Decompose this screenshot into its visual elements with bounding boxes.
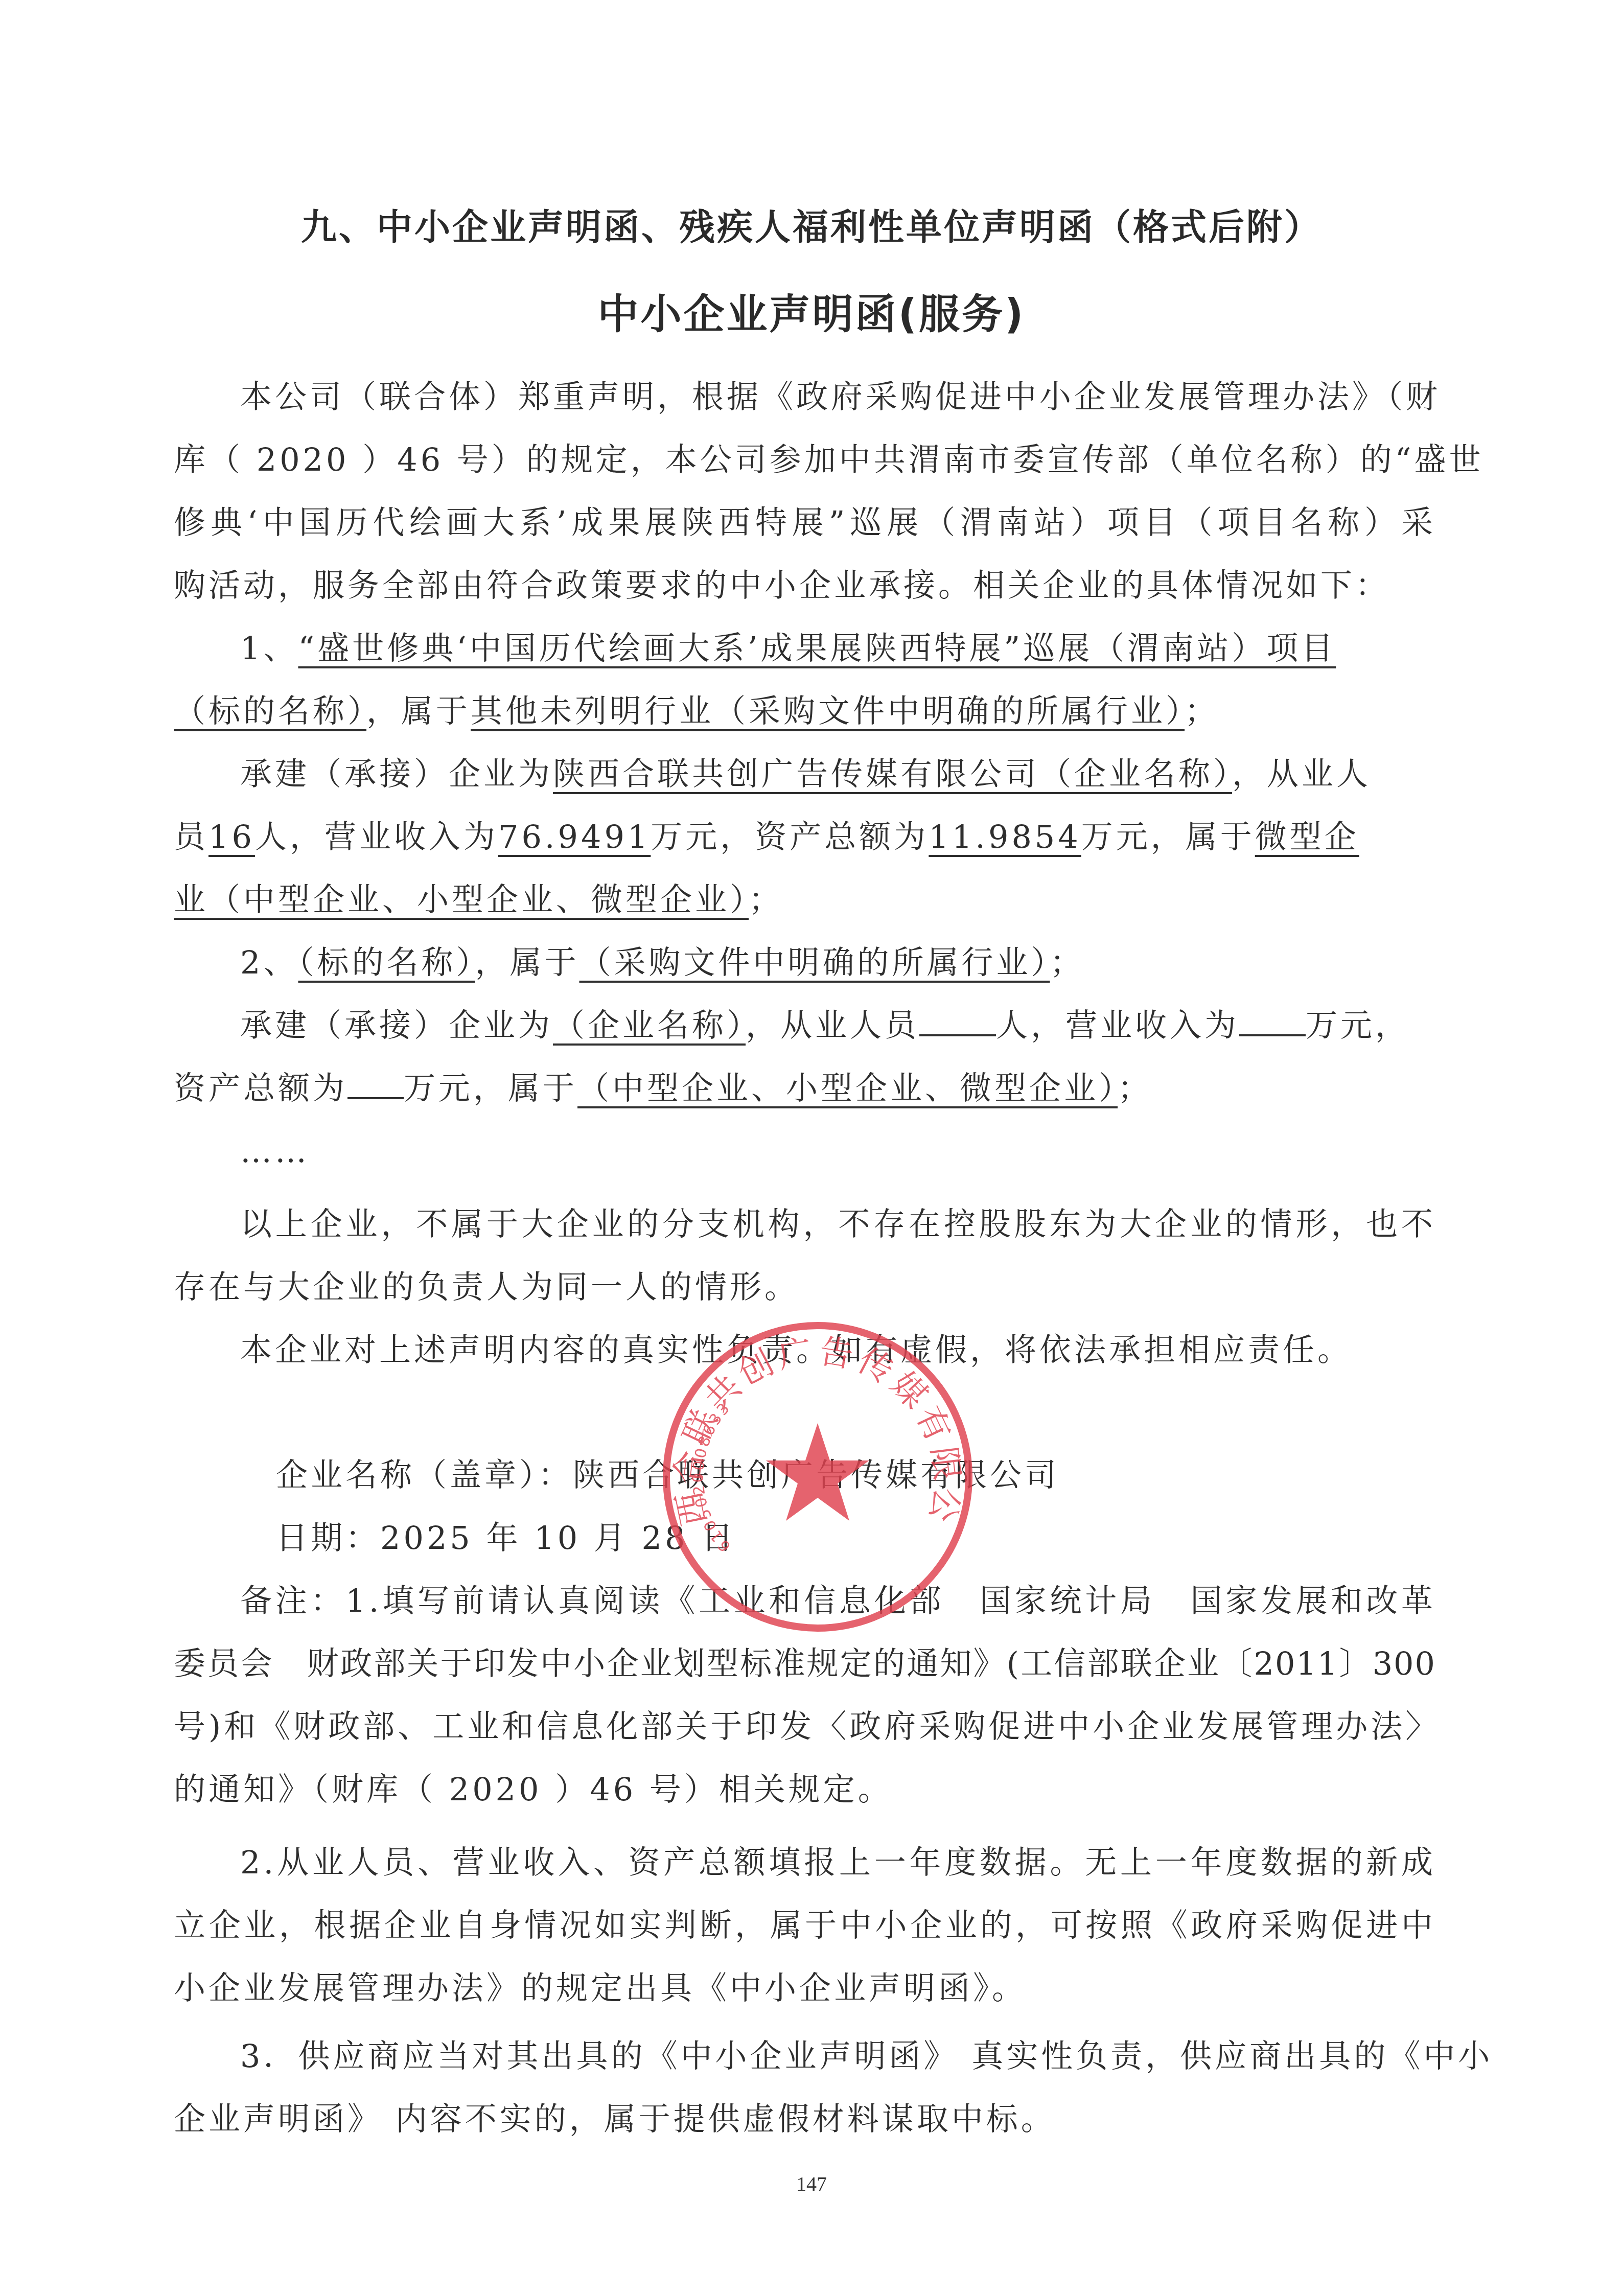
- section-title: 九、中小企业声明函、残疾人福利性单位声明函（格式后附）: [0, 199, 1623, 256]
- item2-employees-label: ，从业人员: [746, 1007, 919, 1044]
- intro-line-1: 本公司（联合体）郑重声明，根据《政府采购促进中小企业发展管理办法》（财: [240, 369, 1436, 425]
- item1-assets-value: 11.9854: [929, 818, 1081, 855]
- note2-line-1: 2.从业人员、营业收入、资产总额填报上一年度数据。无上一年度数据的新成: [240, 1835, 1436, 1891]
- item1-line-2: （标的名称），属于其他未列明行业（采购文件中明确的所属行业）；: [174, 683, 1436, 739]
- intro-line-3: 修典‘中国历代绘画大系’成果展陕西特展”巡展（渭南站）项目（项目名称）采: [174, 495, 1436, 551]
- item1-number: 1、: [240, 630, 298, 667]
- item2-assets-label: 资产总额为: [174, 1070, 347, 1107]
- item2-revenue-unit: 万元，: [1306, 1007, 1410, 1044]
- item2-end2: ；: [1118, 1070, 1152, 1107]
- item1-end2: ；: [749, 881, 783, 918]
- item2-industry: （采购文件中明确的所属行业）: [579, 944, 1050, 981]
- item1-size-a: 微型企: [1255, 818, 1359, 855]
- item2-end: ；: [1050, 944, 1085, 981]
- signature-company-value: 陕西合联共创广告传媒有限公司: [573, 1456, 1059, 1494]
- signature-date: 日期：2025 年 10 月 28 日: [276, 1510, 1538, 1566]
- item2-company: （企业名称）: [553, 1007, 746, 1044]
- item2-assets-blank[interactable]: [347, 1061, 404, 1099]
- item2-assets-unit: 万元，属于: [404, 1070, 577, 1107]
- item1-belongs-label: ，属于: [366, 692, 471, 730]
- note1-line-4: 的通知》（财库（ 2020 ）46 号）相关规定。: [174, 1761, 1436, 1818]
- note1-line-3: 号)和《财政部、工业和信息化部关于印发〈政府采购促进中小企业发展管理办法〉: [174, 1699, 1436, 1755]
- item1-revenue-label: 人，营业收入为: [255, 818, 498, 855]
- statement-line-3: 本企业对上述声明内容的真实性负责。如有虚假，将依法承担相应责任。: [240, 1322, 1436, 1378]
- note3-line-1: 3．供应商应当对其出具的《中小企业声明函》 真实性负责，供应商出具的《中小: [240, 2028, 1436, 2084]
- intro-line-2: 库（ 2020 ）46 号）的规定，本公司参加中共渭南市委宣传部（单位名称）的“…: [174, 432, 1436, 488]
- page-number: 147: [0, 2172, 1623, 2196]
- item2-line-2: 承建（承接）企业为（企业名称），从业人员人，营业收入为万元，: [240, 998, 1436, 1054]
- item2-belongs-label: ，属于: [475, 944, 579, 981]
- item1-line-3: 承建（承接）企业为陕西合联共创广告传媒有限公司（企业名称），从业人: [240, 746, 1436, 802]
- item2-contractor-label: 承建（承接）企业为: [240, 1007, 553, 1044]
- item2-number: 2、: [240, 944, 298, 981]
- item1-line-5: 业（中型企业、小型企业、微型企业）；: [174, 872, 1436, 928]
- item2-employees-blank[interactable]: [919, 999, 996, 1036]
- note1-line-1: 备注：1.填写前请认真阅读《工业和信息化部 国家统计局 国家发展和改革: [240, 1573, 1436, 1629]
- item1-contractor-label: 承建（承接）企业为: [240, 755, 553, 793]
- item2-size: （中型企业、小型企业、微型企业）: [577, 1070, 1118, 1107]
- item2-line-1: 2、（标的名称），属于（采购文件中明确的所属行业）；: [240, 935, 1436, 991]
- intro-line-4: 购活动，服务全部由符合政策要求的中小企业承接。相关企业的具体情况如下：: [174, 558, 1436, 614]
- item1-size-label: 万元，属于: [1081, 818, 1255, 855]
- statement-line-1: 以上企业，不属于大企业的分支机构，不存在控股股东为大企业的情形，也不: [240, 1196, 1436, 1253]
- note1-line-2: 委员会 财政部关于印发中小企业划型标准规定的通知》(工信部联企业〔2011〕30…: [174, 1636, 1436, 1692]
- item1-company: 陕西合联共创广告传媒有限公司（企业名称）: [553, 755, 1232, 793]
- note3-line-2: 企业声明函》 内容不实的，属于提供虚假材料谋取中标。: [174, 2091, 1436, 2147]
- document-page: 九、中小企业声明函、残疾人福利性单位声明函（格式后附） 中小企业声明函(服务) …: [0, 0, 1623, 2296]
- item1-revenue-value: 76.9491: [498, 818, 651, 855]
- statement-line-2: 存在与大企业的负责人为同一人的情形。: [174, 1259, 1436, 1315]
- item2-employees-unit: 人，营业收入为: [996, 1007, 1239, 1044]
- item1-industry: 其他未列明行业（采购文件中明确的所属行业）: [471, 692, 1185, 730]
- signature-date-label: 日期：: [276, 1519, 380, 1557]
- item1-line-1: 1、“盛世修典‘中国历代绘画大系’成果展陕西特展”巡展（渭南站）项目: [240, 620, 1436, 677]
- item1-employees-label2: 员: [174, 818, 208, 855]
- form-title: 中小企业声明函(服务): [0, 284, 1623, 345]
- ellipsis: ……: [240, 1123, 1436, 1179]
- item1-line-4: 员16人，营业收入为76.9491万元，资产总额为11.9854万元，属于微型企: [174, 809, 1436, 865]
- note2-line-2: 立企业，根据企业自身情况如实判断，属于中小企业的，可按照《政府采购促进中: [174, 1897, 1436, 1954]
- item1-end: ；: [1185, 692, 1219, 730]
- signature-date-value: 2025 年 10 月 28 日: [380, 1519, 736, 1557]
- item1-subject-suffix: （标的名称）: [174, 692, 366, 730]
- item1-employees-label: ，从业人: [1232, 755, 1371, 793]
- item2-subject-name: （标的名称）: [298, 944, 475, 981]
- item2-line-3: 资产总额为万元，属于（中型企业、小型企业、微型企业）；: [174, 1060, 1436, 1117]
- item1-employees-value: 16: [208, 818, 255, 855]
- signature-company-label: 企业名称（盖章）：: [276, 1456, 573, 1494]
- item1-size-b: 业（中型企业、小型企业、微型企业）: [174, 881, 749, 918]
- item1-assets-label: 万元，资产总额为: [651, 818, 929, 855]
- item1-subject-name: “盛世修典‘中国历代绘画大系’成果展陕西特展”巡展（渭南站）项目: [298, 630, 1336, 667]
- signature-company: 企业名称（盖章）：陕西合联共创广告传媒有限公司: [276, 1447, 1538, 1503]
- note2-line-3: 小企业发展管理办法》的规定出具《中小企业声明函》。: [174, 1960, 1436, 2016]
- item2-revenue-blank[interactable]: [1239, 999, 1306, 1036]
